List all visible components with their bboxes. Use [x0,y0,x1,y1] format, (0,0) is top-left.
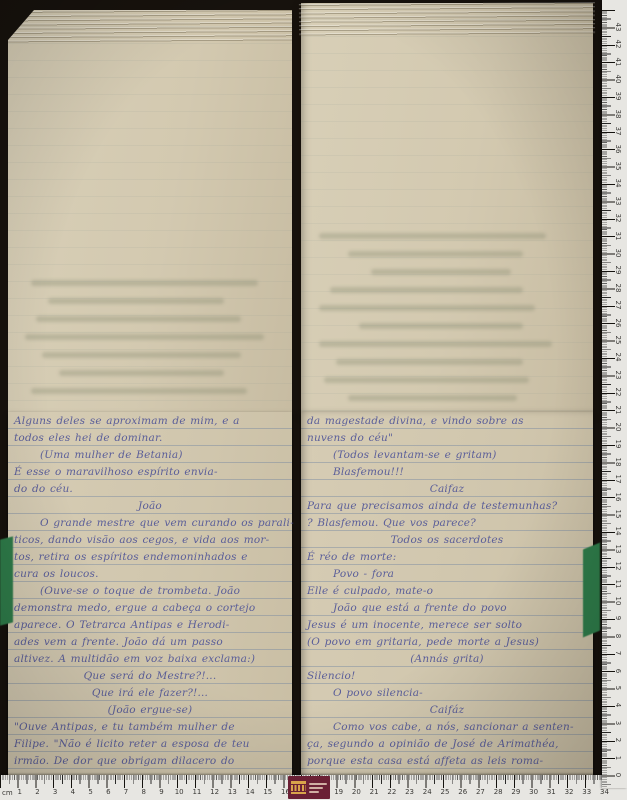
ruler-number: 34 [612,176,622,190]
manuscript-line: Alguns deles se aproximam de mim, e a [8,415,292,432]
ruler-number: 15 [261,788,275,796]
manuscript-line: João que está a frente do povo [301,602,593,619]
manuscript-line: todos eles hei de dominar. [8,432,292,449]
ruler-number: 13 [225,788,239,796]
ruler-number: 26 [456,788,470,796]
ruler-number: 2 [30,788,44,796]
ruler-number: 9 [612,611,622,625]
ghost-line [319,341,553,347]
ruler-number: 9 [154,788,168,796]
ruler-number: 32 [612,211,622,225]
ruler-number: 26 [612,316,622,330]
ruler-number: 20 [612,420,622,434]
manuscript-line: ? Blasfemou. Que vos parece? [301,517,593,534]
library-building-icon [291,781,306,794]
ruler-number: 19 [612,437,622,451]
ghost-line [319,233,547,239]
ruler-number: 11 [612,577,622,591]
manuscript-line: nuvens do céu" [301,432,593,449]
manuscript-line: O grande mestre que vem curando os paral… [8,517,292,534]
manuscript-line: Caifáz [301,704,593,721]
ruler-number: 38 [612,107,622,121]
ruler-number: 33 [612,194,622,208]
ruler-number: 27 [612,298,622,312]
ruler-number: 5 [84,788,98,796]
scan-stage: Alguns deles se aproximam de mim, e atod… [0,0,627,800]
book-cover-sliver-left [0,536,13,625]
manuscript-line: Para que precisamos ainda de testemunhas… [301,500,593,517]
ghost-line [25,334,264,340]
ruler-number: 39 [612,89,622,103]
ruler-number: 8 [612,629,622,643]
ruler-number: 28 [491,788,505,796]
manuscript-line: O povo silencia- [301,687,593,704]
manuscript-line: Povo - fora [301,568,593,585]
right-page-column: da magestade divina, e vindo sobre asnuv… [301,3,593,775]
ruler-number: 30 [527,788,541,796]
ruler-number: 13 [612,542,622,556]
manuscript-line: Que será do Mestre?!... [8,670,292,687]
manuscript-line: Silencio! [301,670,593,687]
ruler-number: 21 [612,403,622,417]
manuscript-line: João [8,500,292,517]
book-cover-sliver-right [583,543,600,638]
manuscript-line: cura os loucos. [8,568,292,585]
ruler-number: 41 [612,55,622,69]
ruler-number: 36 [612,142,622,156]
manuscript-line: ça, segundo a opinião de José de Arimath… [301,738,593,755]
manuscript-line: Blasfemou!!! [301,466,593,483]
manuscript-line: altivez. A multidão em voz baixa exclama… [8,653,292,670]
manuscript-line: "Ouve Antipas, e tu também mulher de [8,721,292,738]
ruler-number: 27 [473,788,487,796]
ghost-line [36,316,240,322]
ruler-number: 28 [612,281,622,295]
manuscript-line: do do céu. [8,483,292,500]
ruler-number: 37 [612,124,622,138]
left-page-column: Alguns deles se aproximam de mim, e atod… [8,10,292,775]
ruler-number: 16 [612,490,622,504]
ruler-number: 20 [349,788,363,796]
ghost-line [359,323,523,329]
ruler-number: 29 [509,788,523,796]
ghost-line [324,377,528,383]
ruler-number: 6 [612,664,622,678]
ghost-line [48,298,224,304]
library-stamp-text [309,783,327,793]
manuscript-line: Jesus é um inocente, merece ser solto [301,619,593,636]
ruler-number: 25 [438,788,452,796]
manuscript-line: (Uma mulher de Betania) [8,449,292,466]
manuscript-line: Caifaz [301,483,593,500]
manuscript-line: É esse o maravilhoso espírito envia- [8,466,292,483]
library-logo-stamp [288,776,330,799]
ruler-number: 35 [612,159,622,173]
ruler-number: 10 [172,788,186,796]
ruler-number: 24 [420,788,434,796]
ghost-line [371,269,511,275]
ghost-line [348,251,523,257]
ruler-number: 11 [190,788,204,796]
manuscript-page-left: Alguns deles se aproximam de mim, e atod… [8,412,292,775]
ruler-number: 4 [66,788,80,796]
ghost-line [330,287,523,293]
ghost-line [59,370,224,376]
manuscript-line: ticos, dando visão aos cegos, e vida aos… [8,534,292,551]
ruler-number: 4 [612,698,622,712]
ruler-number: 1 [612,751,622,765]
ruler-number: 0 [612,768,622,782]
ruler-number: 23 [403,788,417,796]
ruler-number: 31 [612,229,622,243]
ruler-number: 31 [544,788,558,796]
ghost-line [319,305,535,311]
bottom-ruler: cm 1234567891011121314151619202122232425… [0,775,627,800]
ruler-number: 24 [612,350,622,364]
manuscript-line: (Todos levantam-se e gritam) [301,449,593,466]
ruler-number: 25 [612,333,622,347]
manuscript-line: irmão. De dor que obrigam dilacero do [8,755,292,772]
ruler-number: 14 [243,788,257,796]
ruler-number: 3 [48,788,62,796]
ruler-number: 34 [597,788,611,796]
manuscript-line: tos, retira os espíritos endemoninhados … [8,551,292,568]
ruler-number: 22 [612,385,622,399]
ruler-number: 33 [580,788,594,796]
ruler-number: 40 [612,72,622,86]
manuscript-line: Elle é culpado, mate-o [301,585,593,602]
manuscript-text-left: Alguns deles se aproximam de mim, e atod… [8,412,292,772]
manuscript-line: ades vem a frente. João dá um passo [8,636,292,653]
ruler-number: 12 [612,559,622,573]
manuscript-text-right: da magestade divina, e vindo sobre asnuv… [301,412,593,772]
manuscript-line: (Annás grita) [301,653,593,670]
ghost-line [31,388,247,394]
ghost-line [42,352,241,358]
manuscript-line: (João ergue-se) [8,704,292,721]
ruler-number: 18 [612,455,622,469]
ruler-unit-label: cm [2,789,13,797]
ruler-number: 10 [612,594,622,608]
manuscript-line: Como vos cabe, a nós, sancionar a senten… [301,721,593,738]
ruler-number: 5 [612,681,622,695]
ruler-number: 29 [612,263,622,277]
ruler-number: 19 [332,788,346,796]
manuscript-line: demonstra medo, ergue a cabeça o cortejo [8,602,292,619]
ruler-number: 7 [612,646,622,660]
manuscript-line: (Ouve-se o toque de trombeta. João [8,585,292,602]
flipped-blank-page-left [8,10,292,413]
ruler-number: 30 [612,246,622,260]
ruler-number: 43 [612,20,622,34]
ruler-number: 22 [385,788,399,796]
manuscript-line: porque esta casa está affeta as leis rom… [301,755,593,772]
ghost-line [336,359,523,365]
manuscript-page-right: da magestade divina, e vindo sobre asnuv… [301,412,593,775]
ruler-number: 21 [367,788,381,796]
ruler-number: 2 [612,733,622,747]
manuscript-line: Filipe. "Não é licito reter a esposa de … [8,738,292,755]
manuscript-line: É réo de morte: [301,551,593,568]
manuscript-line: aparece. O Tetrarca Antipas e Herodi- [8,619,292,636]
ruler-number: 32 [562,788,576,796]
manuscript-line: Todos os sacerdotes [301,534,593,551]
manuscript-line: Que irá ele fazer?!... [8,687,292,704]
ruler-number: 14 [612,524,622,538]
ghost-line [348,395,517,401]
ruler-number: 42 [612,37,622,51]
right-ruler: 0123456789101112131415161718192021222324… [602,0,627,788]
ruler-number: 8 [137,788,151,796]
manuscript-line: (O povo em gritaria, pede morte a Jesus) [301,636,593,653]
ruler-number: 12 [208,788,222,796]
ruler-number: 17 [612,472,622,486]
ruler-number: 7 [119,788,133,796]
ruler-number: 6 [101,788,115,796]
ruler-number: 1 [13,788,27,796]
flipped-blank-page-right [301,3,593,413]
manuscript-line: da magestade divina, e vindo sobre as [301,415,593,432]
ghost-line [31,280,258,286]
ruler-number: 15 [612,507,622,521]
ruler-number: 23 [612,368,622,382]
ruler-number: 3 [612,716,622,730]
